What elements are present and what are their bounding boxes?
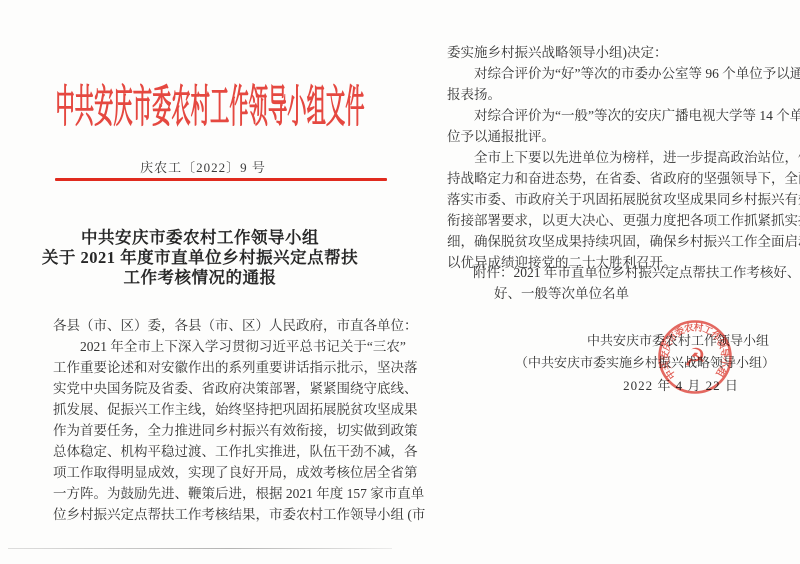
body-line: 位予以通报批评。 (447, 126, 777, 147)
body-line: 衔接部署要求，以更大决心、更强力度把各项工作抓紧抓实抓 (447, 210, 777, 231)
signature-org: 中共安庆市委农村工作领导小组 (508, 331, 800, 351)
body-line: 细，确保脱贫攻坚成果持续巩固，确保乡村振兴工作全面启动， (447, 231, 777, 252)
body-line: 全市上下要以先进单位为榜样，进一步提高政治站位，保 (447, 147, 777, 168)
body-line: 对综合评价为“一般”等次的安庆广播电视大学等 14 个单 (447, 105, 777, 126)
official-seal: 中共安庆市委农村工作领导小组 ☭ (655, 317, 735, 397)
body-line: 委实施乡村振兴战略领导小组)决定： (447, 42, 777, 63)
body-line: 落实市委、市政府关于巩固拓展脱贫攻坚成果同乡村振兴有效 (447, 189, 777, 210)
party-emblem-icon: ☭ (684, 345, 706, 372)
right-body-text: 委实施乡村振兴战略领导小组)决定： 对综合评价为“好”等次的市委办公室等 96 … (447, 42, 777, 273)
scan-edge-artifact (8, 548, 392, 549)
attachment-line: 好、一般等次单位名单 (447, 283, 777, 304)
attachment-note: 附件：2021 年市直单位乡村振兴定点帮扶工作考核好、较 好、一般等次单位名单 (447, 262, 777, 304)
body-line: 报表扬。 (447, 84, 777, 105)
body-line: 持战略定力和奋进态势，在省委、省政府的坚强领导下，全面 (447, 168, 777, 189)
attachment-line: 附件：2021 年市直单位乡村振兴定点帮扶工作考核好、较 (447, 262, 777, 283)
right-page: 委实施乡村振兴战略领导小组)决定： 对综合评价为“好”等次的市委办公室等 96 … (0, 0, 800, 564)
body-line: 对综合评价为“好”等次的市委办公室等 96 个单位予以通 (447, 63, 777, 84)
signature-org-alt: （中共安庆市委实施乡村振兴战略领导小组） (475, 353, 800, 373)
scanned-document: 中共安庆市委农村工作领导小组文件 庆农工〔2022〕9 号 中共安庆市委农村工作… (0, 0, 800, 564)
